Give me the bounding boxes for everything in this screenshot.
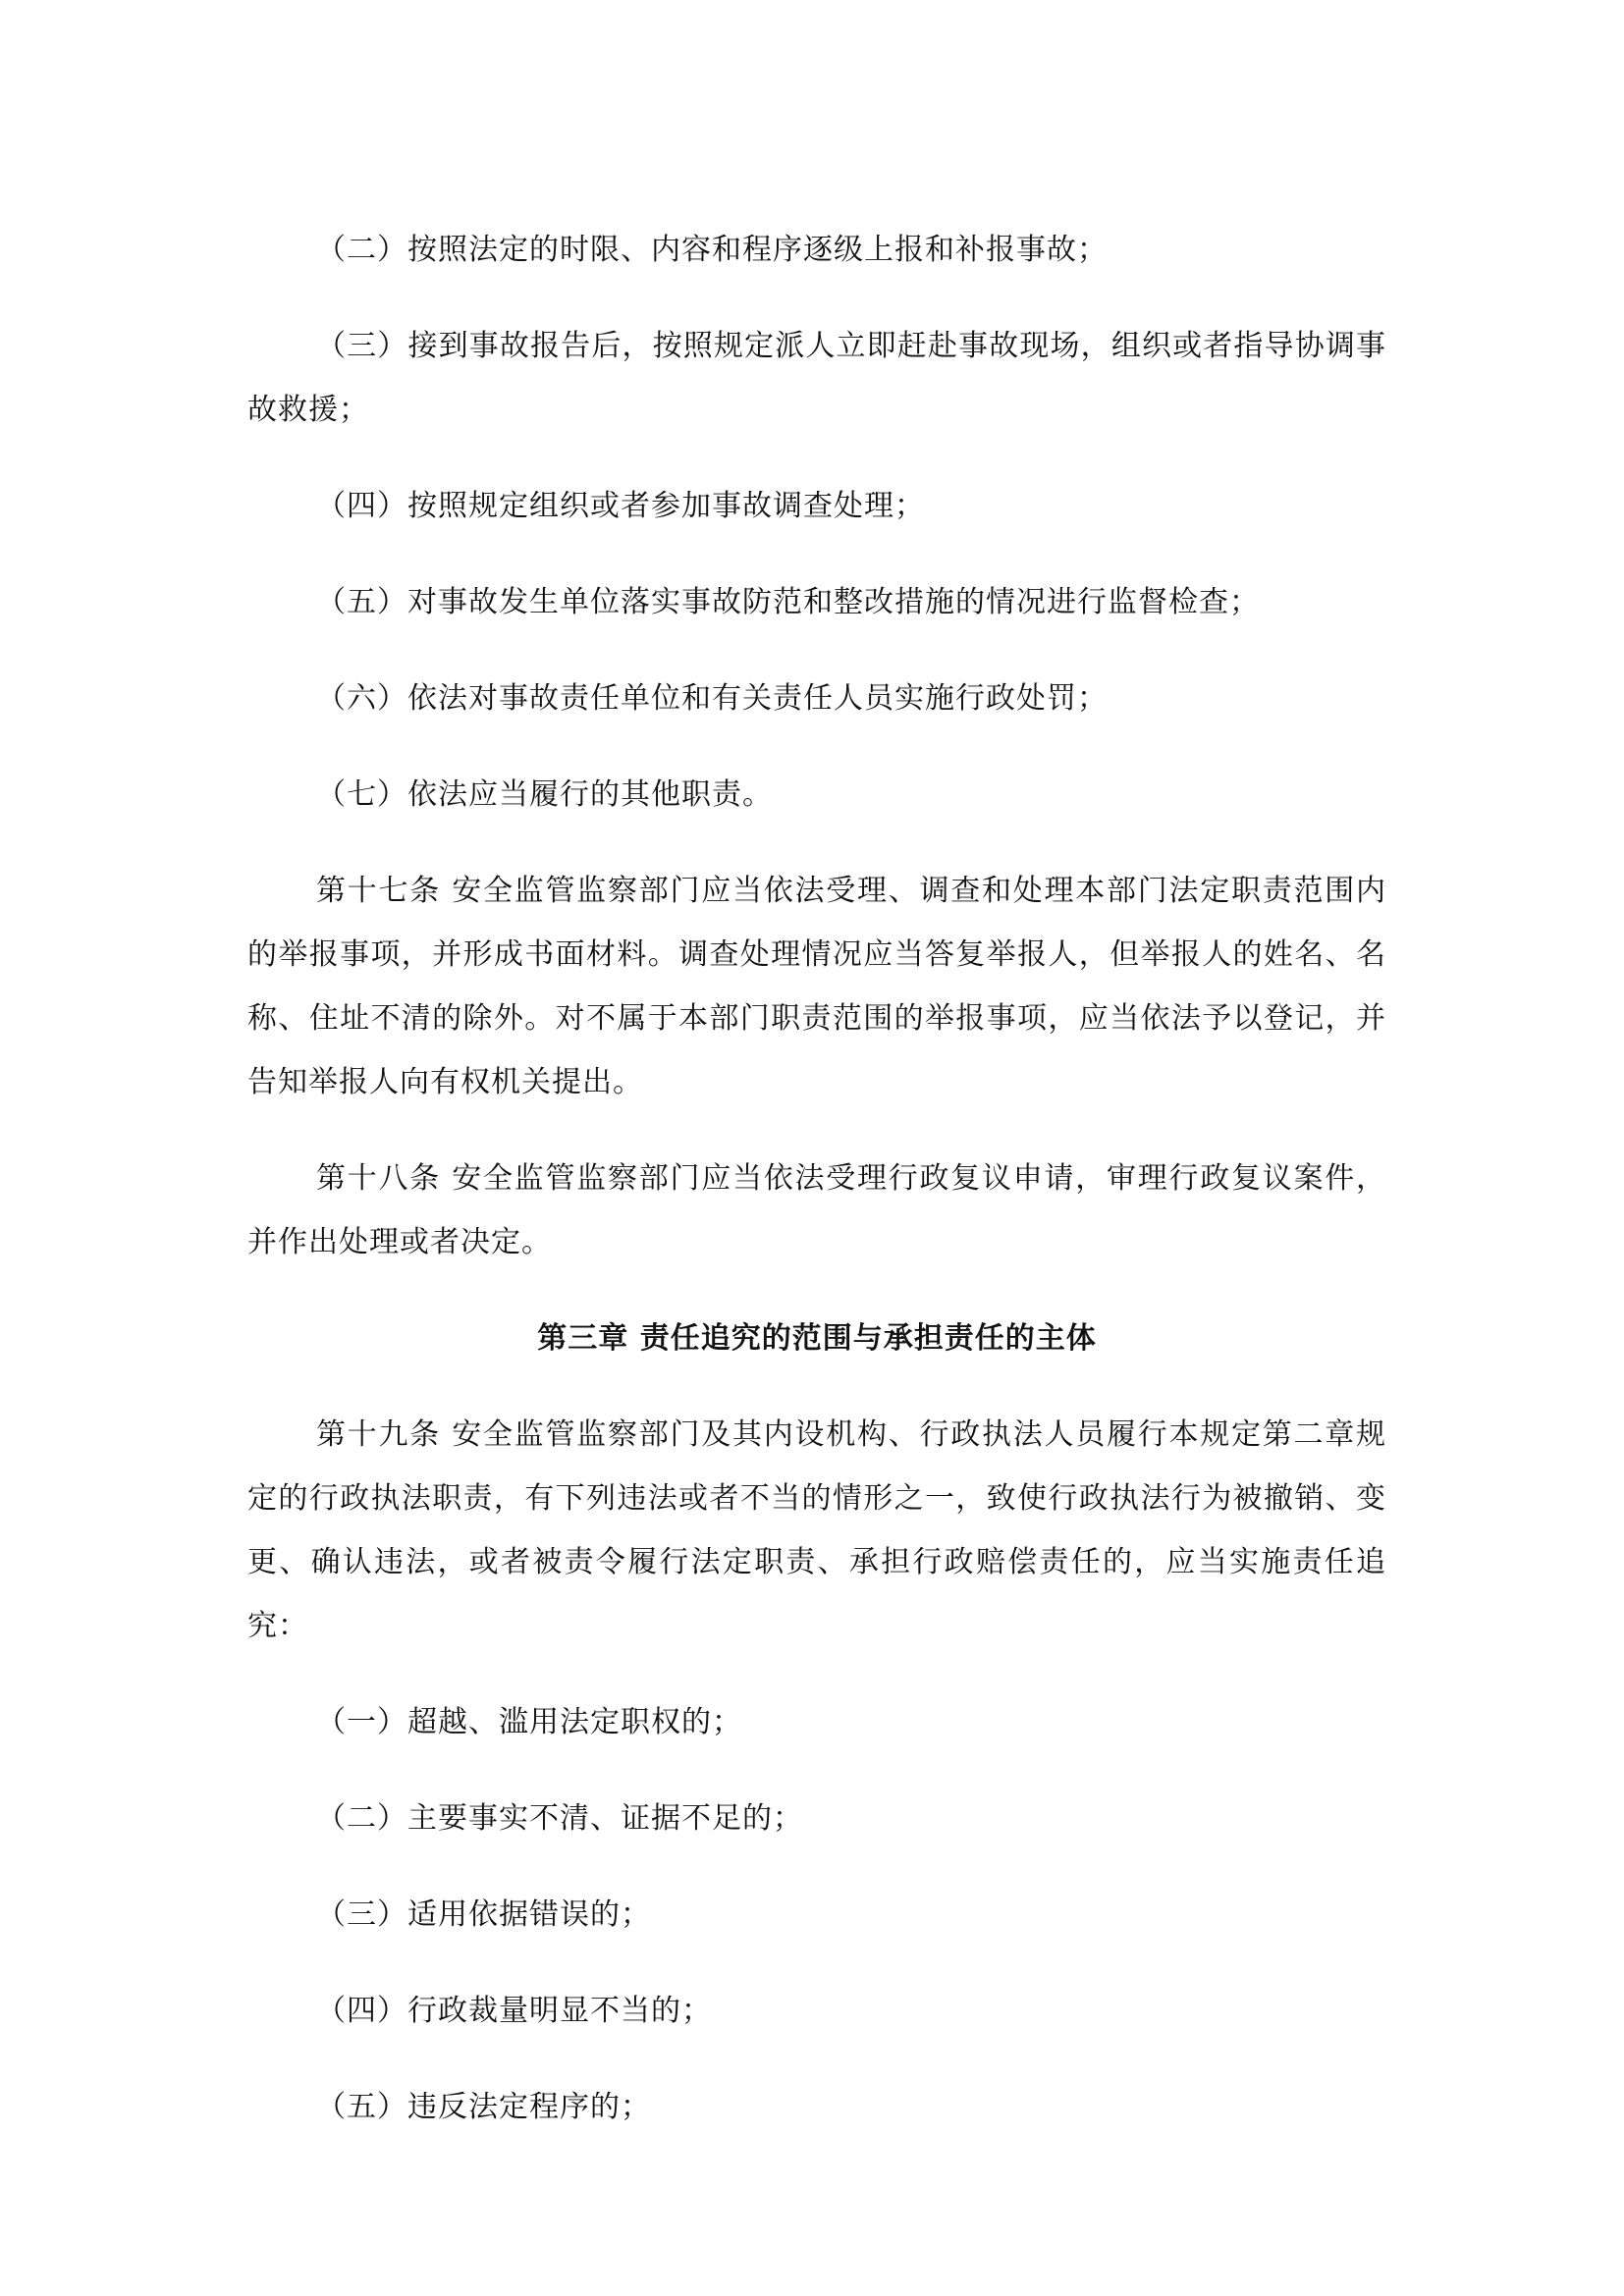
list-item-3b: （三）适用依据错误的；	[247, 1883, 1386, 1947]
list-item-3: （三）接到事故报告后，按照规定派人立即赶赴事故现场，组织或者指导协调事故救援；	[247, 314, 1386, 442]
list-item-4b: （四）行政裁量明显不当的；	[247, 1979, 1386, 2043]
list-item-1: （一）超越、滥用法定职权的；	[247, 1690, 1386, 1754]
list-item-5b: （五）违反法定程序的；	[247, 2075, 1386, 2139]
list-item-2b: （二）主要事实不清、证据不足的；	[247, 1787, 1386, 1850]
document-body: （二）按照法定的时限、内容和程序逐级上报和补报事故； （三）接到事故报告后，按照…	[247, 218, 1386, 2171]
article-17: 第十七条 安全监管监察部门应当依法受理、调查和处理本部门法定职责范围内的举报事项…	[247, 859, 1386, 1114]
list-item-5: （五）对事故发生单位落实事故防范和整改措施的情况进行监督检查；	[247, 570, 1386, 634]
list-item-7: （七）依法应当履行的其他职责。	[247, 763, 1386, 827]
list-item-2: （二）按照法定的时限、内容和程序逐级上报和补报事故；	[247, 218, 1386, 282]
article-18: 第十八条 安全监管监察部门应当依法受理行政复议申请，审理行政复议案件，并作出处理…	[247, 1147, 1386, 1274]
list-item-6: （六）依法对事故责任单位和有关责任人员实施行政处罚；	[247, 667, 1386, 730]
chapter-heading: 第三章 责任追究的范围与承担责任的主体	[247, 1307, 1386, 1370]
list-item-4: （四）按照规定组织或者参加事故调查处理；	[247, 474, 1386, 538]
document-page: （二）按照法定的时限、内容和程序逐级上报和补报事故； （三）接到事故报告后，按照…	[0, 0, 1624, 2296]
article-19: 第十九条 安全监管监察部门及其内设机构、行政执法人员履行本规定第二章规定的行政执…	[247, 1403, 1386, 1658]
